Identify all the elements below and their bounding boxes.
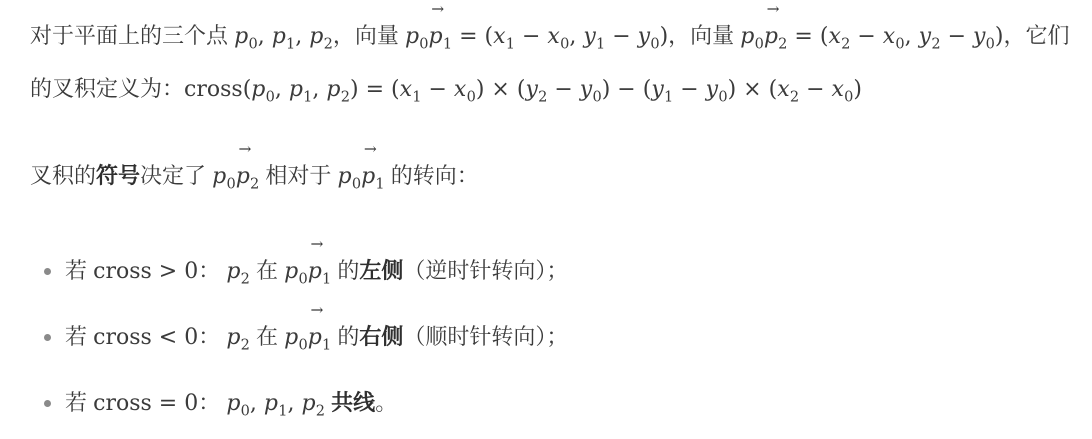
list-item-text: 若 cross < 0： p2 在 p0p→1 的右侧（顺时针转向）；	[65, 311, 1066, 364]
sign-paragraph: 叉积的符号决定了 p0p→2 相对于 p0p→1 的转向：	[30, 150, 1066, 203]
list-item-cross-zero: 若 cross = 0： p0, p1, p2 共线。	[44, 377, 1066, 430]
list-item-text: 若 cross = 0： p0, p1, p2 共线。	[65, 377, 1066, 430]
intro-paragraph: 对于平面上的三个点 p0, p1, p2，向量 p0p→1 = (x1 − x0…	[30, 10, 1066, 116]
document: 对于平面上的三个点 p0, p1, p2，向量 p0p→1 = (x1 − x0…	[0, 0, 1092, 430]
list-item-cross-negative: 若 cross < 0： p2 在 p0p→1 的右侧（顺时针转向）；	[44, 311, 1066, 364]
turn-direction-list: 若 cross > 0： p2 在 p0p→1 的左侧（逆时针转向）； 若 cr…	[30, 245, 1066, 430]
bullet-icon	[44, 268, 51, 275]
intro-line-1: 对于平面上的三个点 p0, p1, p2，向量 p0p→1 = (x1 − x0…	[30, 10, 1066, 63]
list-item-cross-positive: 若 cross > 0： p2 在 p0p→1 的左侧（逆时针转向）；	[44, 245, 1066, 298]
list-item-text: 若 cross > 0： p2 在 p0p→1 的左侧（逆时针转向）；	[65, 245, 1066, 298]
bullet-icon	[44, 334, 51, 341]
intro-line-2: 的叉积定义为：cross(p0, p1, p2) = (x1 − x0) × (…	[30, 63, 1066, 116]
bullet-icon	[44, 400, 51, 407]
